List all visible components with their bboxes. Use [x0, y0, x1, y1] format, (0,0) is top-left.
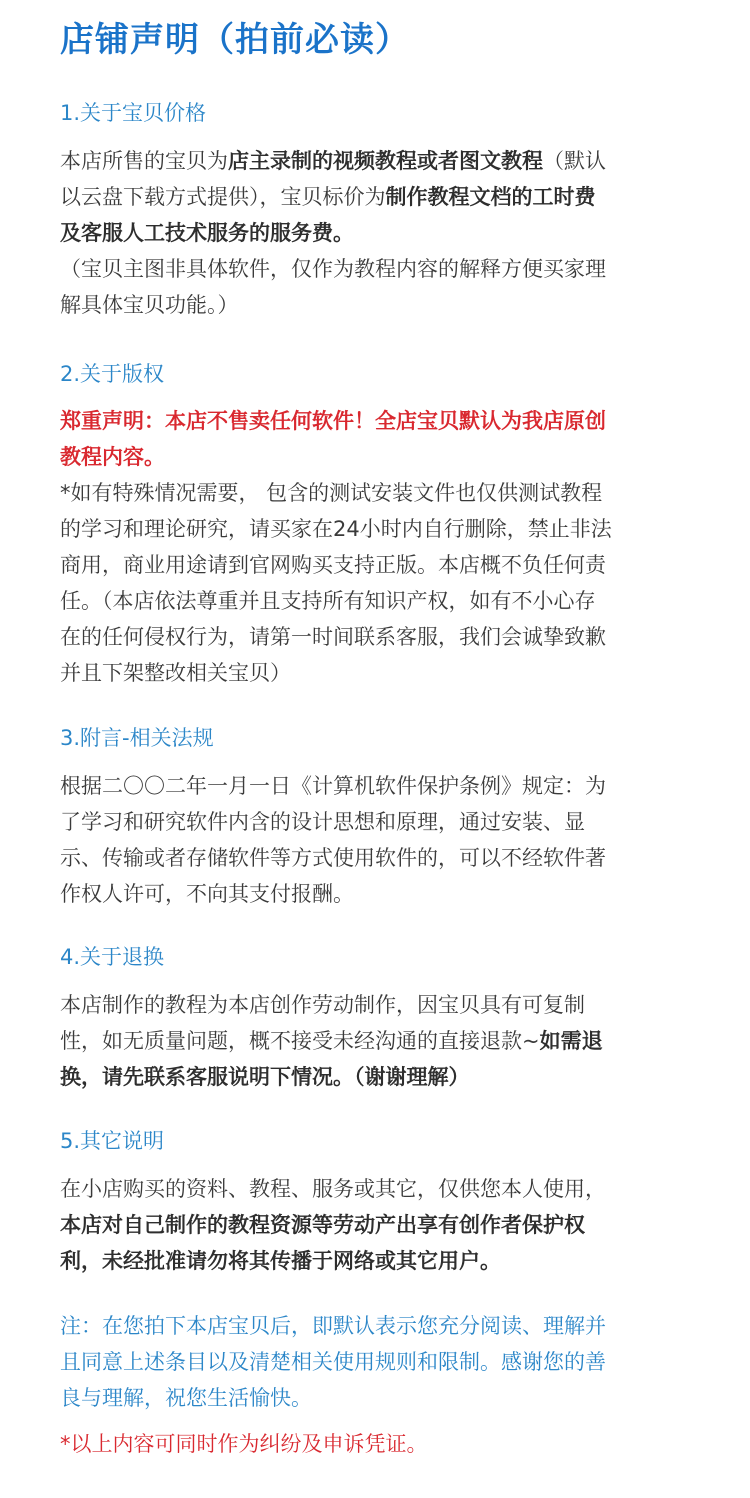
text-line: （宝贝主图非具体软件，仅作为教程内容的解释方便买家理 [60, 251, 692, 287]
text-line: 商用，商业用途请到官网购买支持正版。本店概不负任何责 [60, 547, 692, 583]
dispute-evidence-notice: *以上内容可同时作为纠纷及申诉凭证。 [60, 1426, 692, 1462]
page-title: 店铺声明（拍前必读） [60, 16, 410, 64]
section-body-copyright: 郑重声明：本店不售卖任何软件！全店宝贝默认为我店原创 教程内容。 *如有特殊情况… [60, 403, 692, 691]
section-body-returns: 本店制作的教程为本店创作劳动制作，因宝贝具有可复制 性，如无质量问题，概不接受未… [60, 987, 692, 1095]
text-line: 并且下架整改相关宝贝） [60, 655, 692, 691]
text-line: 及客服人工技术服务的服务费。 [60, 215, 692, 251]
text-line: 性，如无质量问题，概不接受未经沟通的直接退款~如需退 [60, 1023, 692, 1059]
note-line: 良与理解，祝您生活愉快。 [60, 1380, 692, 1416]
section-body-regulations: 根据二〇〇二年一月一日《计算机软件保护条例》规定：为 了学习和研究软件内含的设计… [60, 768, 692, 912]
section-body-price: 本店所售的宝贝为店主录制的视频教程或者图文教程（默认 以云盘下载方式提供），宝贝… [60, 143, 692, 323]
copyright-warning: 郑重声明：本店不售卖任何软件！全店宝贝默认为我店原创 [60, 403, 692, 439]
note-line: 注：在您拍下本店宝贝后，即默认表示您充分阅读、理解并 [60, 1308, 692, 1344]
section-body-other: 在小店购买的资料、教程、服务或其它，仅供您本人使用， 本店对自己制作的教程资源等… [60, 1171, 692, 1279]
text-line: 换，请先联系客服说明下情况。（谢谢理解） [60, 1059, 692, 1095]
note-line: 且同意上述条目以及清楚相关使用规则和限制。感谢您的善 [60, 1344, 692, 1380]
text-line: 了学习和研究软件内含的设计思想和原理，通过安装、显 [60, 804, 692, 840]
text-line: 在的任何侵权行为，请第一时间联系客服，我们会诚挚致歉 [60, 619, 692, 655]
section-heading-returns: 4.关于退换 [60, 942, 164, 972]
text-line: 示、传输或者存储软件等方式使用软件的，可以不经软件著 [60, 840, 692, 876]
text-line: 任。（本店依法尊重并且支持所有知识产权，如有不小心存 [60, 583, 692, 619]
section-heading-regulations: 3.附言-相关法规 [60, 723, 214, 753]
text-line: 作权人许可，不向其支付报酬。 [60, 876, 692, 912]
section-heading-copyright: 2.关于版权 [60, 359, 164, 389]
text-line: 的学习和理论研究，请买家在24小时内自行删除，禁止非法 [60, 511, 692, 547]
text-line: *如有特殊情况需要， 包含的测试安装文件也仅供测试教程 [60, 475, 692, 511]
text-line: 以云盘下载方式提供），宝贝标价为制作教程文档的工时费 [60, 179, 692, 215]
text-line: 本店制作的教程为本店创作劳动制作，因宝贝具有可复制 [60, 987, 692, 1023]
copyright-warning: 教程内容。 [60, 439, 692, 475]
text-line: 在小店购买的资料、教程、服务或其它，仅供您本人使用， [60, 1171, 692, 1207]
section-heading-other: 5.其它说明 [60, 1126, 164, 1156]
text-line: 本店所售的宝贝为店主录制的视频教程或者图文教程（默认 [60, 143, 692, 179]
store-declaration-page: 店铺声明（拍前必读） 1.关于宝贝价格 本店所售的宝贝为店主录制的视频教程或者图… [0, 0, 750, 1498]
text-line: 利，未经批准请勿将其传播于网络或其它用户。 [60, 1243, 692, 1279]
text-line: 解具体宝贝功能。） [60, 287, 692, 323]
text-line: 根据二〇〇二年一月一日《计算机软件保护条例》规定：为 [60, 768, 692, 804]
text-line: 本店对自己制作的教程资源等劳动产出享有创作者保护权 [60, 1207, 692, 1243]
section-heading-price: 1.关于宝贝价格 [60, 98, 206, 128]
closing-note: 注：在您拍下本店宝贝后，即默认表示您充分阅读、理解并 且同意上述条目以及清楚相关… [60, 1308, 692, 1416]
